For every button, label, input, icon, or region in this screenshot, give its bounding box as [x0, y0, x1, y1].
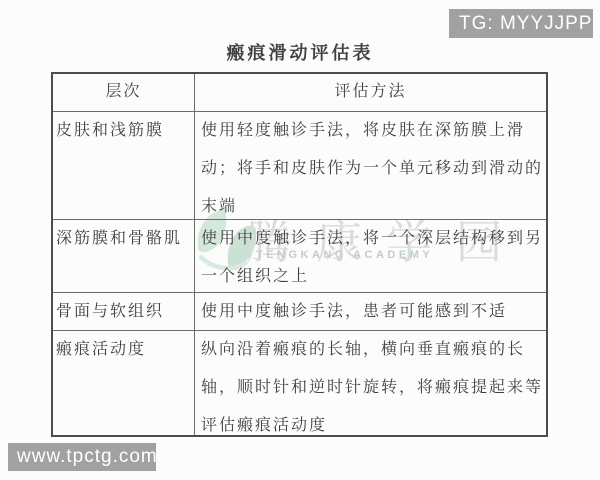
method-line: 动；将手和皮肤作为一个单元移动到滑动的: [201, 150, 542, 188]
method-line: 使用中度触诊手法，将一个深层结构移到另: [201, 220, 542, 258]
method-line: 末端: [201, 188, 542, 219]
table-header-row: 层次 评估方法: [53, 74, 546, 111]
table-row: 骨面与软组织 使用中度触诊手法，患者可能感到不适: [53, 292, 546, 330]
table-row: 深筋膜和骨骼肌 使用中度触诊手法，将一个深层结构移到另 一个组织之上: [53, 219, 546, 292]
telegram-watermark-badge: TG: MYYJJPP: [449, 9, 593, 38]
method-line: 轴，顺时针和逆时针旋转，将瘢痕提起来等: [201, 369, 542, 407]
method-cell: 使用轻度触诊手法，将皮肤在深筋膜上滑 动；将手和皮肤作为一个单元移动到滑动的 末…: [195, 112, 546, 219]
method-line: 评估瘢痕活动度: [201, 407, 542, 435]
method-line: 纵向沿着瘢痕的长轴，横向垂直瘢痕的长: [201, 331, 542, 369]
method-cell: 使用中度触诊手法，将一个深层结构移到另 一个组织之上: [195, 220, 546, 292]
method-line: 使用轻度触诊手法，将皮肤在深筋膜上滑: [201, 112, 542, 150]
layer-cell: 瘢痕活动度: [53, 331, 195, 435]
layer-cell: 深筋膜和骨骼肌: [53, 220, 195, 292]
method-line: 一个组织之上: [201, 258, 542, 292]
table-row: 皮肤和浅筋膜 使用轻度触诊手法，将皮肤在深筋膜上滑 动；将手和皮肤作为一个单元移…: [53, 111, 546, 219]
layer-cell: 皮肤和浅筋膜: [53, 112, 195, 219]
layer-cell: 骨面与软组织: [53, 293, 195, 330]
header-method: 评估方法: [195, 74, 546, 111]
method-line: 使用中度触诊手法，患者可能感到不适: [201, 293, 542, 330]
method-cell: 纵向沿着瘢痕的长轴，横向垂直瘢痕的长 轴，顺时针和逆时针旋转，将瘢痕提起来等 评…: [195, 331, 546, 435]
page-title: 瘢痕滑动评估表: [0, 39, 600, 65]
header-layer: 层次: [53, 74, 195, 111]
method-cell: 使用中度触诊手法，患者可能感到不适: [195, 293, 546, 330]
table-row: 瘢痕活动度 纵向沿着瘢痕的长轴，横向垂直瘢痕的长 轴，顺时针和逆时针旋转，将瘢痕…: [53, 330, 546, 435]
assessment-table: 层次 评估方法 皮肤和浅筋膜 使用轻度触诊手法，将皮肤在深筋膜上滑 动；将手和皮…: [51, 72, 548, 437]
website-watermark-badge: www.tpctg.com: [8, 443, 156, 471]
